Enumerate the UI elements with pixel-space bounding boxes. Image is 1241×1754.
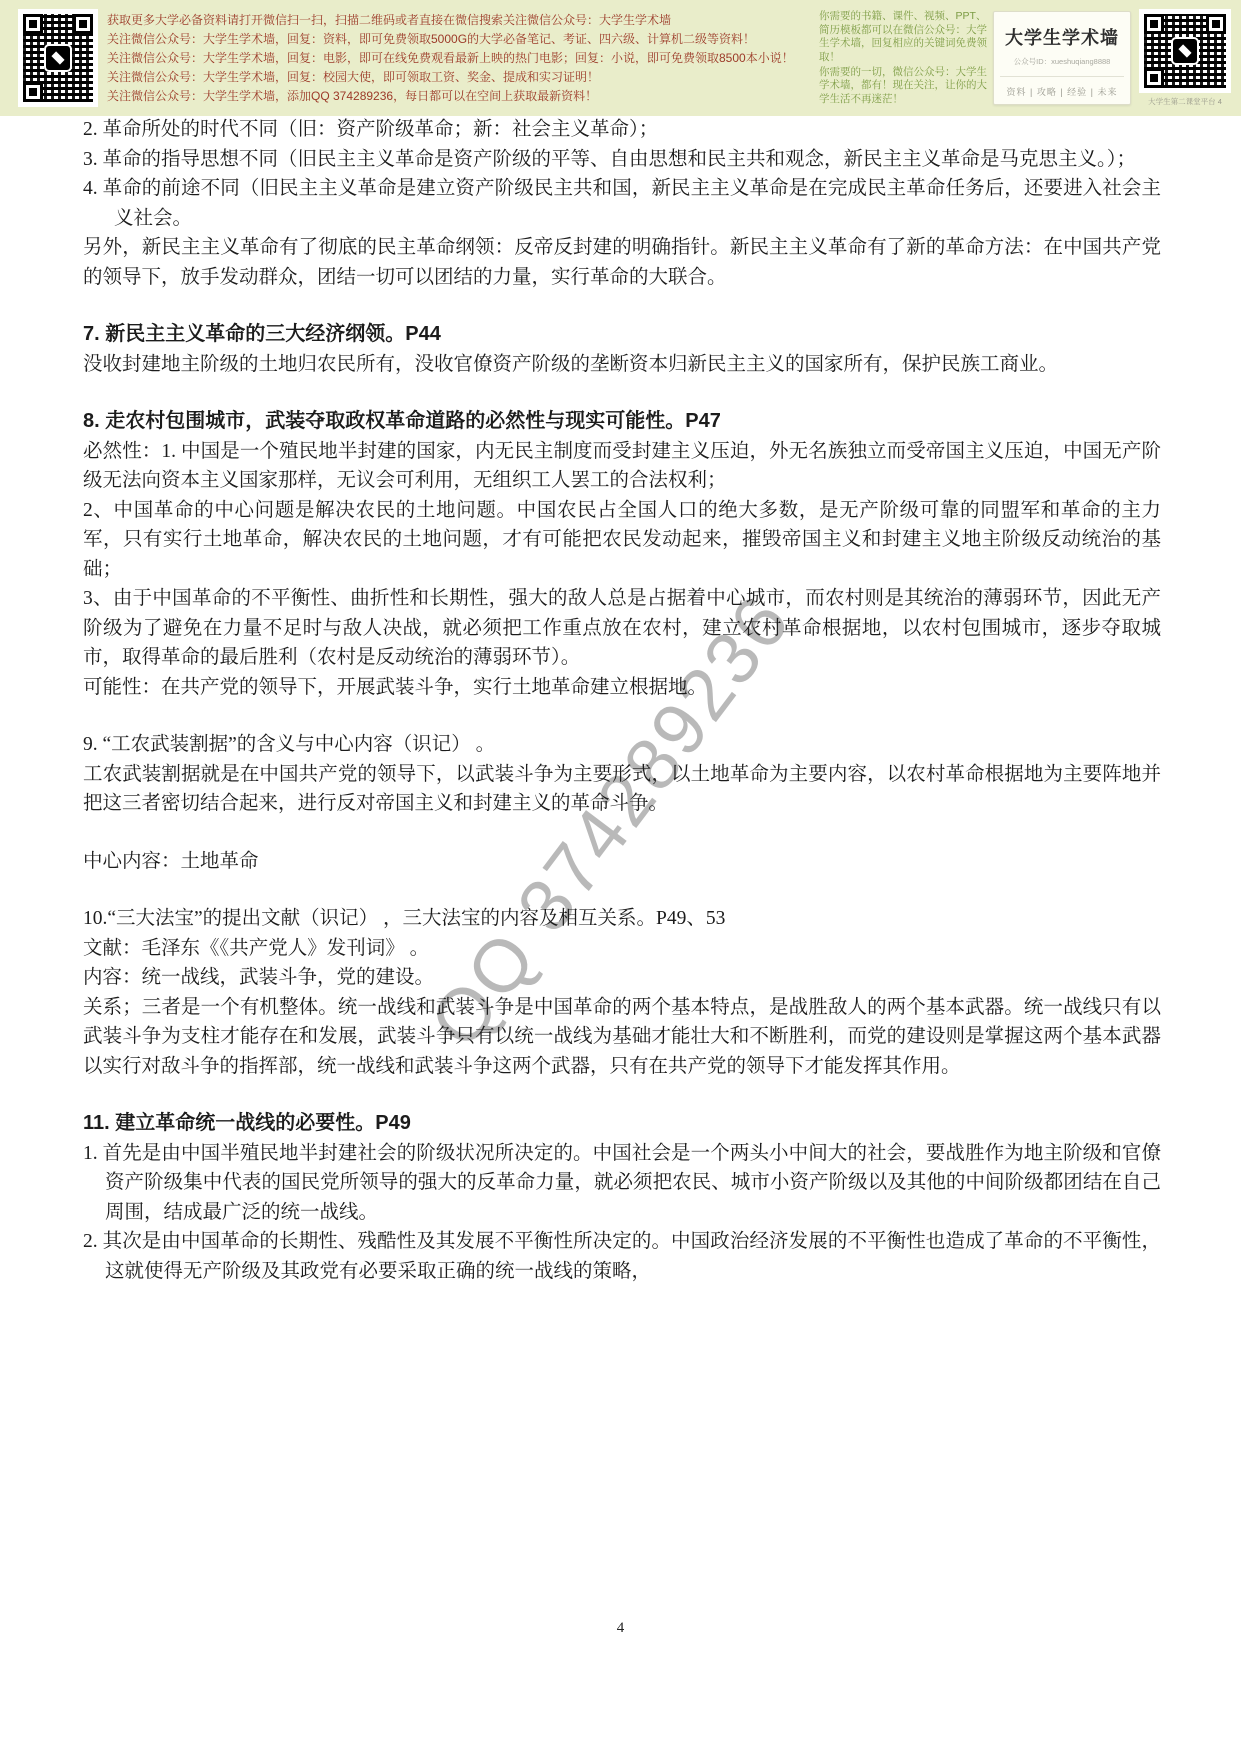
qr-finder-icon [23, 14, 43, 34]
qr-finder-icon [1144, 14, 1164, 34]
spacer [83, 702, 1161, 730]
document-body: 2. 革命所处的时代不同（旧：资产阶级革命；新：社会主义革命）； 3. 革命的指… [83, 115, 1161, 1286]
paragraph: 文献：毛泽东《《共产党人》发刊词》 。 [83, 934, 1161, 964]
qr-finder-icon [23, 82, 43, 102]
qr-code-right-icon [1139, 9, 1231, 93]
divider [1000, 76, 1124, 77]
paragraph: 必然性：1. 中国是一个殖民地半封建的国家，内无民主制度而受封建主义压迫，外无名… [83, 437, 1161, 496]
banner-side-notes: 你需要的书籍、课件、视频、PPT、简历模板都可以在微信公众号：大学生学术墙，回复… [819, 10, 987, 106]
promo-line: 关注微信公众号：大学生学术墙，回复：电影，即可在线免费观看最新上映的热门电影；回… [107, 49, 813, 68]
spacer [83, 292, 1161, 320]
section-heading-11: 11. 建立革命统一战线的必要性。P49 [83, 1109, 1161, 1139]
list-item: 4. 革命的前途不同（旧民主主义革命是建立资产阶级民主共和国，新民主主义革命是在… [83, 174, 1161, 233]
list-item: 1. 首先是由中国半殖民地半封建社会的阶级状况所决定的。中国社会是一个两头小中间… [83, 1139, 1161, 1228]
list-item: 3. 革命的指导思想不同（旧民主主义革命是资产阶级的平等、自由思想和民主共和观念… [83, 145, 1161, 175]
section-heading-10: 10.“三大法宝”的提出文献（识记） ，三大法宝的内容及相互关系。P49、53 [83, 904, 1161, 934]
qr-caption: 大学生第二课堂平台 4 [1148, 96, 1222, 107]
promo-banner: 获取更多大学必备资料请打开微信扫一扫，扫描二维码或者直接在微信搜索关注微信公众号… [0, 0, 1241, 116]
brand-title: 大学生学术墙 [1005, 24, 1119, 50]
spacer [83, 819, 1161, 847]
document-page: 获取更多大学必备资料请打开微信扫一扫，扫描二维码或者直接在微信搜索关注微信公众号… [0, 0, 1241, 1754]
side-note: 你需要的书籍、课件、视频、PPT、简历模板都可以在微信公众号：大学生学术墙，回复… [819, 10, 987, 64]
qr-finder-icon [73, 14, 93, 34]
brand-account-id: 公众号ID：xueshuqiang8888 [1014, 56, 1111, 67]
qr-right-column: 大学生第二课堂平台 4 [1139, 9, 1231, 107]
paragraph: 没收封建地主阶级的土地归农民所有，没收官僚资产阶级的垄断资本归新民主主义的国家所… [83, 350, 1161, 380]
section-heading-7: 7. 新民主主义革命的三大经济纲领。P44 [83, 320, 1161, 350]
qr-finder-icon [1206, 14, 1226, 34]
promo-line: 获取更多大学必备资料请打开微信扫一扫，扫描二维码或者直接在微信搜索关注微信公众号… [107, 11, 813, 30]
list-item: 2. 革命所处的时代不同（旧：资产阶级革命；新：社会主义革命）； [83, 115, 1161, 145]
page-number: 4 [0, 1620, 1241, 1637]
paragraph: 另外，新民主主义革命有了彻底的民主革命纲领：反帝反封建的明确指针。新民主主义革命… [83, 233, 1161, 292]
paragraph: 工农武装割据就是在中国共产党的领导下，以武装斗争为主要形式，以土地革命为主要内容… [83, 760, 1161, 819]
graduation-cap-icon [44, 44, 72, 72]
list-item: 2. 其次是由中国革命的长期性、残酷性及其发展不平衡性所决定的。中国政治经济发展… [83, 1227, 1161, 1286]
paragraph: 内容：统一战线，武装斗争，党的建设。 [83, 963, 1161, 993]
qr-code-left-icon [18, 9, 98, 107]
section-heading-8: 8. 走农村包围城市，武装夺取政权革命道路的必然性与现实可能性。P47 [83, 407, 1161, 437]
brand-card: 大学生学术墙 公众号ID：xueshuqiang8888 资料 | 攻略 | 经… [993, 11, 1131, 105]
promo-line: 关注微信公众号：大学生学术墙，回复：资料，即可免费领取5000G的大学必备笔记、… [107, 30, 813, 49]
promo-line: 关注微信公众号：大学生学术墙，回复：校园大使，即可领取工资、奖金、提成和实习证明… [107, 68, 813, 87]
promo-line: 关注微信公众号：大学生学术墙，添加QQ 374289236，每日都可以在空间上获… [107, 87, 813, 106]
paragraph: 关系；三者是一个有机整体。统一战线和武装斗争是中国革命的两个基本特点，是战胜敌人… [83, 993, 1161, 1082]
graduation-cap-icon [1171, 37, 1199, 65]
side-note: 你需要的一切，微信公众号：大学生学术墙，都有！现在关注，让你的大学生活不再迷茫！ [819, 66, 987, 107]
spacer [83, 1081, 1161, 1109]
paragraph: 可能性：在共产党的领导下，开展武装斗争，实行土地革命建立根据地。 [83, 673, 1161, 703]
paragraph: 2、中国革命的中心问题是解决农民的土地问题。中国农民占全国人口的绝大多数，是无产… [83, 496, 1161, 585]
brand-tags: 资料 | 攻略 | 经验 | 未来 [1006, 85, 1117, 98]
spacer [83, 876, 1161, 904]
promo-text-block: 获取更多大学必备资料请打开微信扫一扫，扫描二维码或者直接在微信搜索关注微信公众号… [107, 11, 813, 106]
qr-finder-icon [1144, 68, 1164, 88]
spacer [83, 379, 1161, 407]
paragraph: 中心内容：土地革命 [83, 847, 1161, 877]
section-heading-9: 9. “工农武装割据”的含义与中心内容（识记） 。 [83, 730, 1161, 760]
paragraph: 3、由于中国革命的不平衡性、曲折性和长期性，强大的敌人总是占据着中心城市，而农村… [83, 584, 1161, 673]
